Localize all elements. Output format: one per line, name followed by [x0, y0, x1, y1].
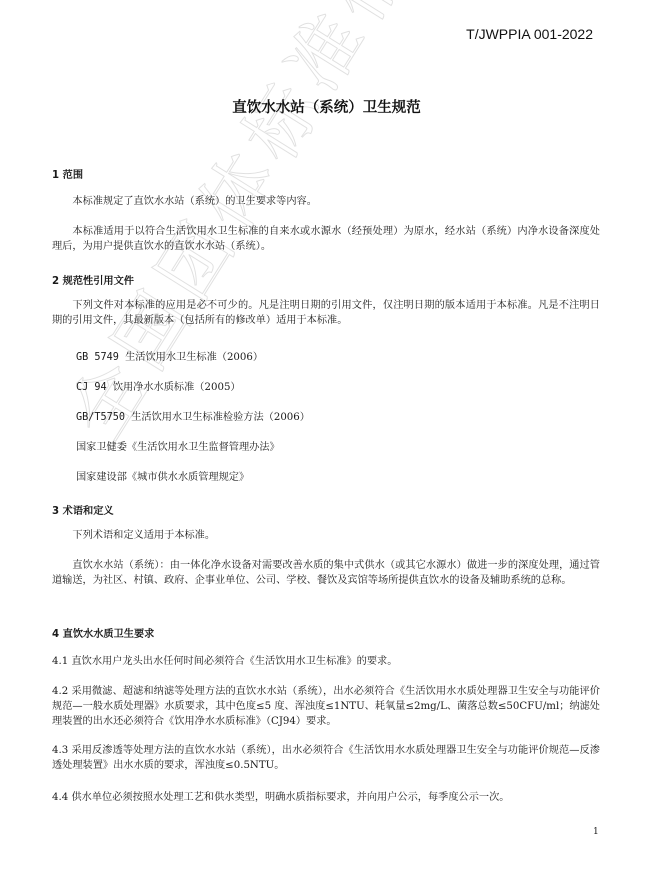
clause-4-2: 4.2 采用微滤、超滤和纳滤等处理方法的直饮水水站（系统），出水必须符合《生活饮… — [52, 684, 600, 729]
reference-title: 生活饮用水卫生标准检验方法（2006） — [131, 412, 310, 423]
reference-title: 国家卫健委《生活饮用水卫生监督管理办法》 — [76, 442, 280, 453]
section-1-heading: 1 范围 — [52, 166, 83, 181]
reference-code: GB 5749 — [76, 352, 125, 363]
reference-item: GB 5749 生活饮用水卫生标准（2006） — [76, 348, 263, 363]
section-2-paragraph-1: 下列文件对本标准的应用是必不可少的。凡是注明日期的引用文件，仅注明日期的版本适用… — [52, 298, 600, 328]
document-code: T/JWPPIA 001-2022 — [466, 26, 593, 42]
reference-title: 饮用净水水质标准（2005） — [113, 382, 241, 393]
reference-code: CJ 94 — [76, 382, 113, 393]
clause-4-4: 4.4 供水单位必须按照水处理工艺和供水类型，明确水质指标要求，并向用户公示，每… — [52, 790, 600, 805]
reference-item: CJ 94 饮用净水水质标准（2005） — [76, 378, 241, 393]
clause-4-1: 4.1 直饮水用户龙头出水任何时间必须符合《生活饮用水卫生标准》的要求。 — [52, 654, 600, 669]
section-4-heading: 4 直饮水水质卫生要求 — [52, 625, 154, 640]
reference-code: GB/T5750 — [76, 412, 125, 423]
section-1-paragraph-2: 本标准适用于以符合生活饮用水卫生标准的自来水或水源水（经预处理）为原水，经水站（… — [52, 224, 600, 254]
section-3-paragraph-1: 下列术语和定义适用于本标准。 — [52, 528, 600, 543]
reference-item: 国家卫健委《生活饮用水卫生监督管理办法》 — [76, 438, 280, 453]
reference-title: 生活饮用水卫生标准（2006） — [125, 352, 263, 363]
section-3-definition: 直饮水水站（系统）：由一体化净水设备对需要改善水质的集中式供水（或其它水源水）做… — [52, 558, 600, 588]
section-3-heading: 3 术语和定义 — [52, 502, 114, 517]
reference-title: 国家建设部《城市供水水质管理规定》 — [76, 472, 249, 483]
reference-item: 国家建设部《城市供水水质管理规定》 — [76, 468, 249, 483]
document-title: 直饮水水站（系统）卫生规范 — [0, 96, 653, 117]
clause-4-3: 4.3 采用反渗透等处理方法的直饮水水站（系统），出水必须符合《生活饮用水水质处… — [52, 743, 600, 773]
reference-item: GB/T5750 生活饮用水卫生标准检验方法（2006） — [76, 408, 310, 423]
section-2-heading: 2 规范性引用文件 — [52, 272, 134, 287]
page-number: 1 — [593, 827, 599, 837]
section-1-paragraph-1: 本标准规定了直饮水水站（系统）的卫生要求等内容。 — [52, 194, 600, 209]
